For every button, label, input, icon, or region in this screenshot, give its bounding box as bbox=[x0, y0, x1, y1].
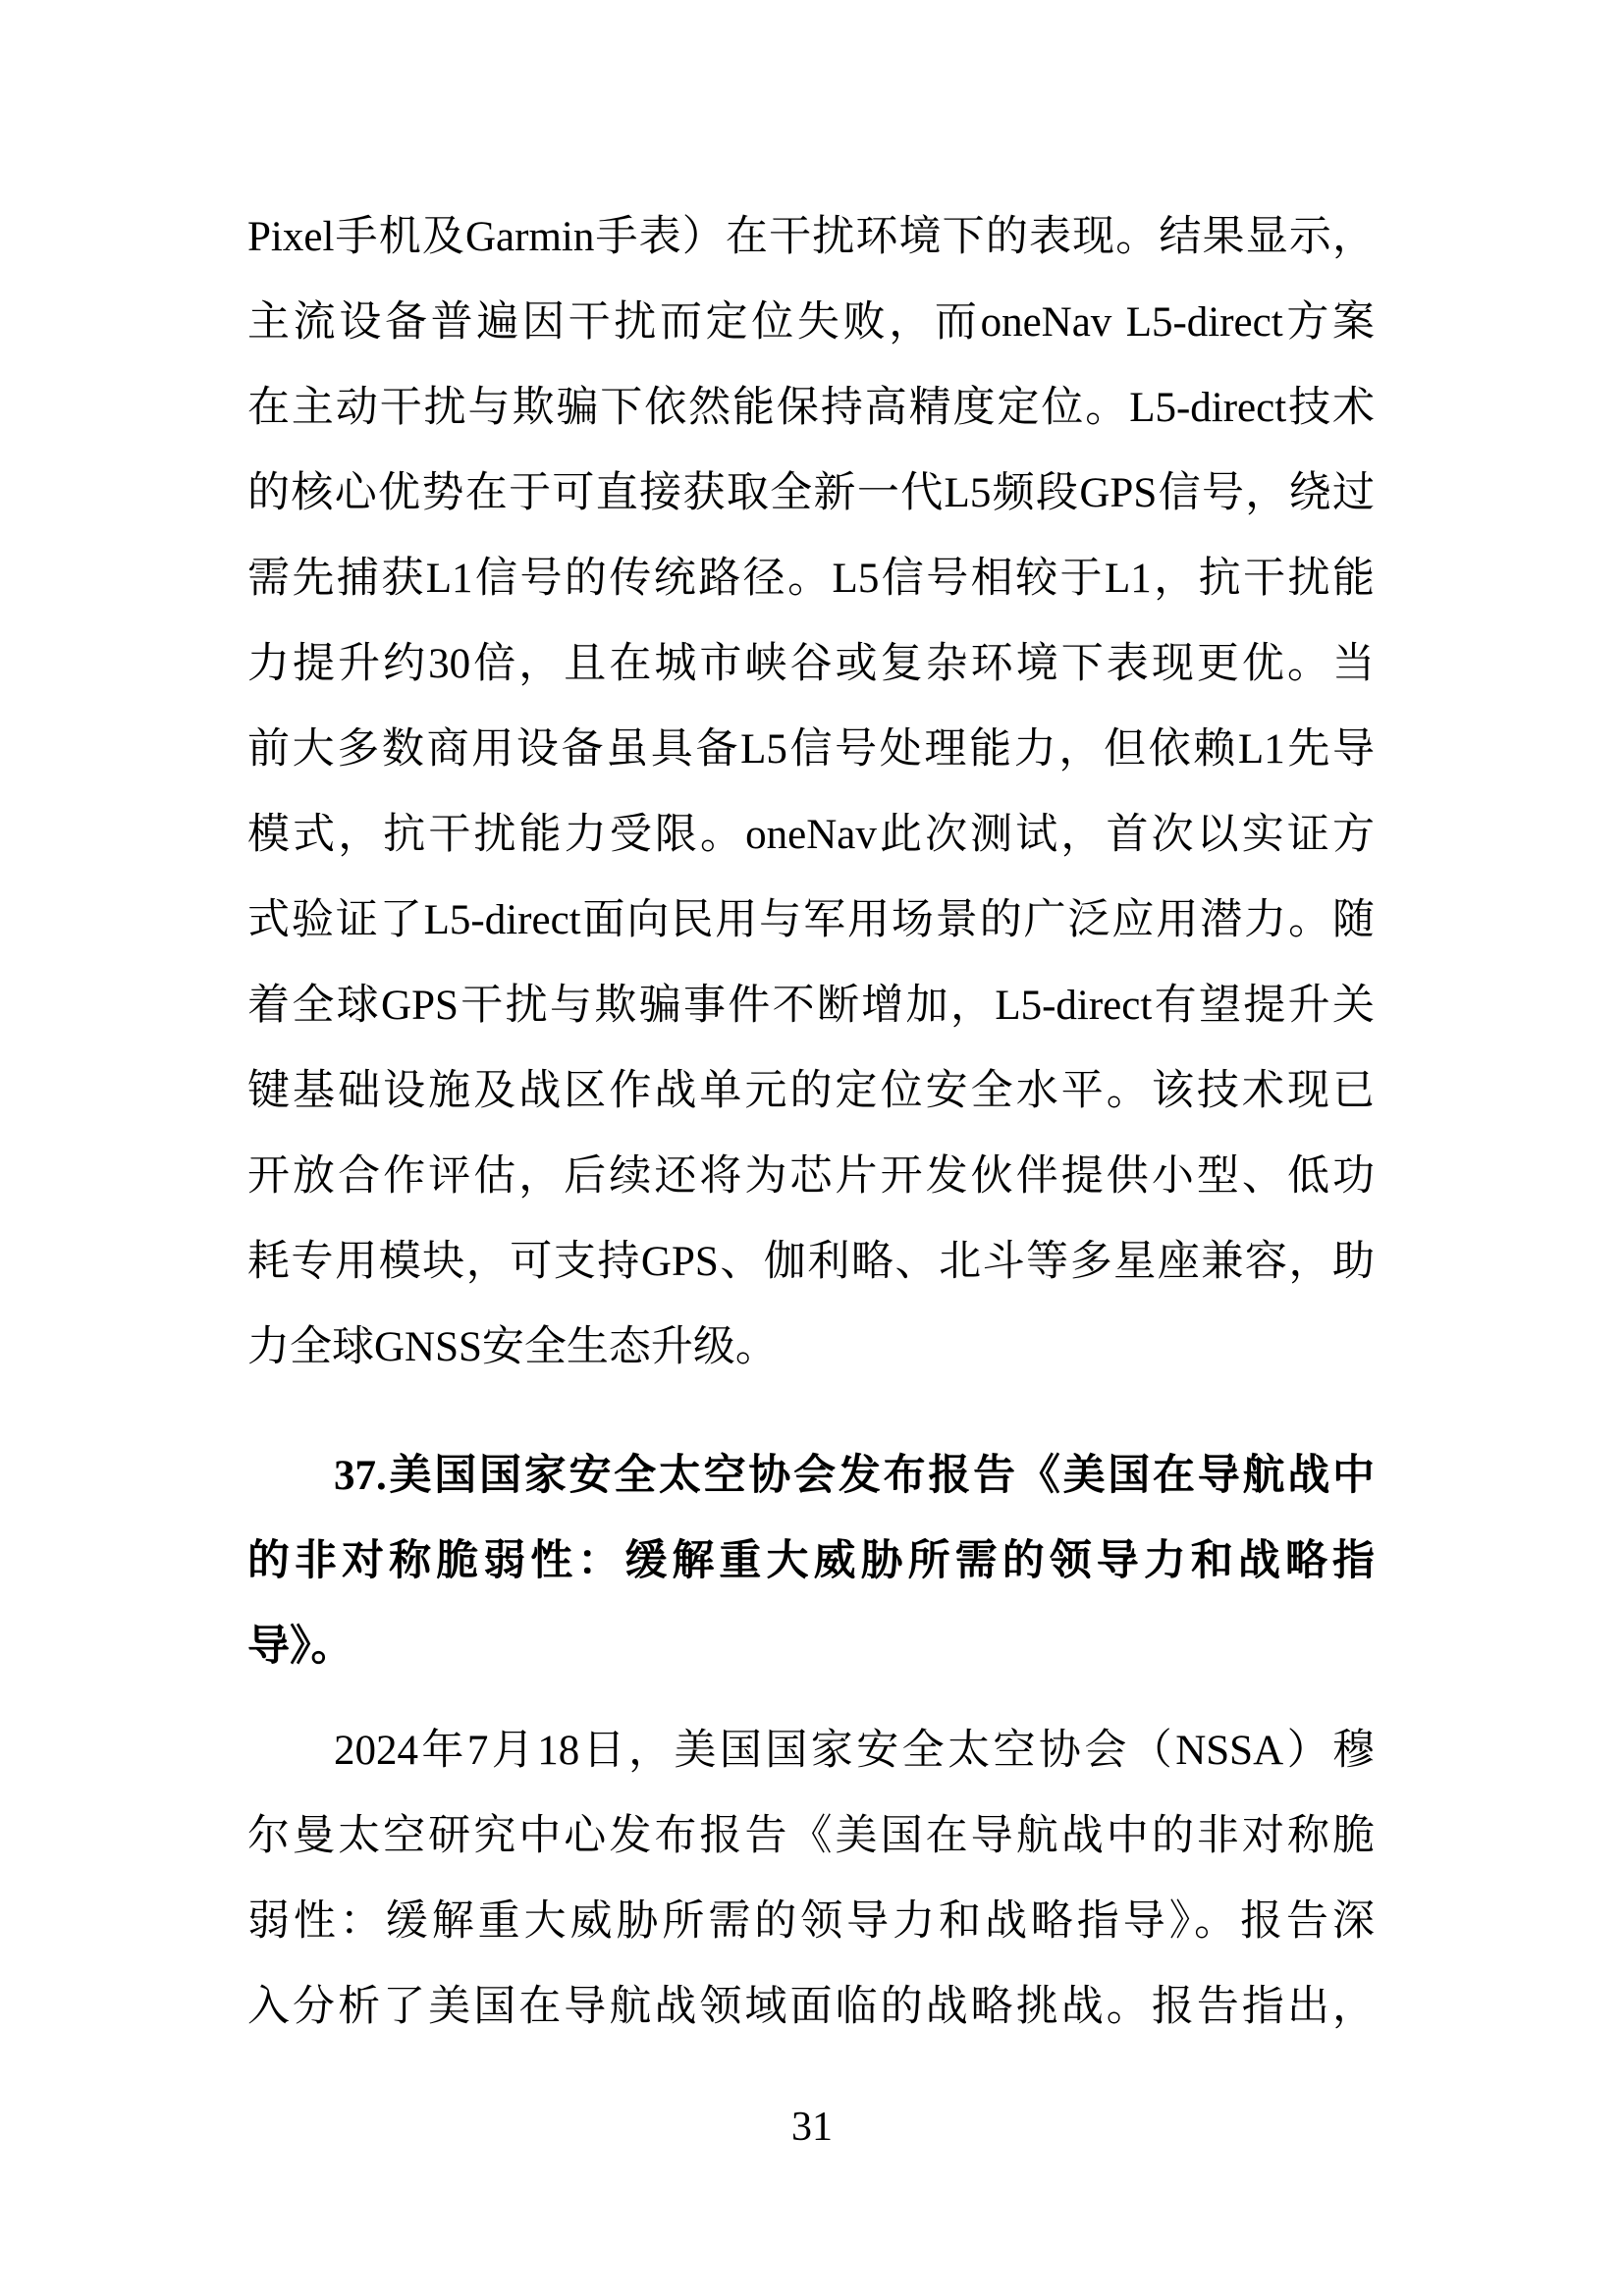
text-line: 键基础设施及战区作战单元的定位安全水平。该技术现已 bbox=[247, 1048, 1375, 1134]
text-line: 主流设备普遍因干扰而定位失败，而oneNav L5-direct方案 bbox=[247, 280, 1375, 365]
text-line: 耗专用模块，可支持GPS、伽利略、北斗等多星座兼容，助 bbox=[247, 1219, 1375, 1305]
text-line: 式验证了L5-direct面向民用与军用场景的广泛应用潜力。随 bbox=[247, 878, 1375, 963]
heading-line: 的非对称脆弱性：缓解重大威胁所需的领导力和战略指 bbox=[247, 1519, 1375, 1604]
paragraph-1: Pixel手机及Garmin手表）在干扰环境下的表现。结果显示，主流设备普遍因干… bbox=[247, 194, 1375, 1390]
text-line: Pixel手机及Garmin手表）在干扰环境下的表现。结果显示， bbox=[247, 194, 1375, 280]
text-line: 着全球GPS干扰与欺骗事件不断增加，L5-direct有望提升关 bbox=[247, 963, 1375, 1048]
page-content: Pixel手机及Garmin手表）在干扰环境下的表现。结果显示，主流设备普遍因干… bbox=[247, 194, 1375, 2050]
text-line: 入分析了美国在导航战领域面临的战略挑战。报告指出， bbox=[247, 1964, 1375, 2050]
text-line: 2024年7月18日，美国国家安全太空协会（NSSA）穆 bbox=[247, 1708, 1375, 1793]
text-line: 开放合作评估，后续还将为芯片开发伙伴提供小型、低功 bbox=[247, 1134, 1375, 1219]
text-line: 的核心优势在于可直接获取全新一代L5频段GPS信号，绕过 bbox=[247, 451, 1375, 536]
text-line: 力提升约30倍，且在城市峡谷或复杂环境下表现更优。当 bbox=[247, 621, 1375, 707]
text-line: 前大多数商用设备虽具备L5信号处理能力，但依赖L1先导 bbox=[247, 707, 1375, 792]
section-heading: 37.美国国家安全太空协会发布报告《美国在导航战中的非对称脆弱性：缓解重大威胁所… bbox=[247, 1433, 1375, 1689]
text-line: 尔曼太空研究中心发布报告《美国在导航战中的非对称脆 bbox=[247, 1793, 1375, 1879]
page-number: 31 bbox=[0, 2107, 1624, 2148]
heading-line: 37.美国国家安全太空协会发布报告《美国在导航战中 bbox=[247, 1433, 1375, 1519]
text-line: 需先捕获L1信号的传统路径。L5信号相较于L1，抗干扰能 bbox=[247, 536, 1375, 621]
text-line: 力全球GNSS安全生态升级。 bbox=[247, 1305, 1375, 1390]
heading-line: 导》。 bbox=[247, 1604, 1375, 1689]
text-line: 在主动干扰与欺骗下依然能保持高精度定位。L5-direct技术 bbox=[247, 365, 1375, 451]
paragraph-2: 2024年7月18日，美国国家安全太空协会（NSSA）穆尔曼太空研究中心发布报告… bbox=[247, 1708, 1375, 2050]
text-line: 弱性：缓解重大威胁所需的领导力和战略指导》。报告深 bbox=[247, 1879, 1375, 1964]
text-line: 模式，抗干扰能力受限。oneNav此次测试，首次以实证方 bbox=[247, 792, 1375, 878]
document-page: Pixel手机及Garmin手表）在干扰环境下的表现。结果显示，主流设备普遍因干… bbox=[0, 0, 1624, 2296]
